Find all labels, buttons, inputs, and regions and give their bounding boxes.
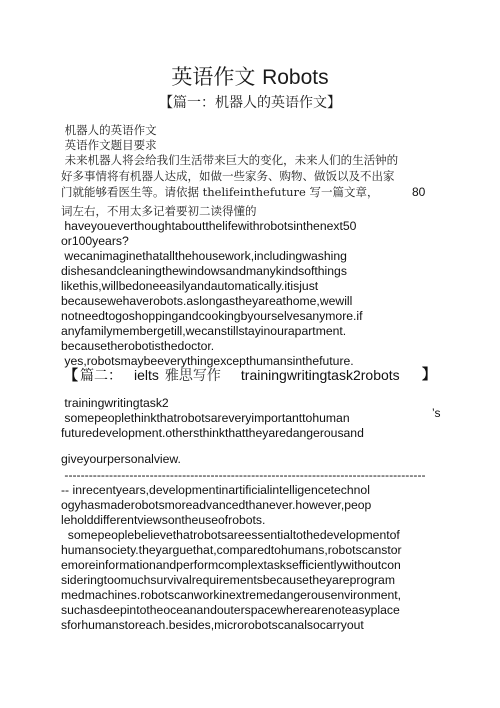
paragraph-line: emoreinformationandperformcomplextasksef… bbox=[61, 558, 401, 573]
section2-label: 篇二： bbox=[80, 368, 122, 384]
paragraph-line: becausewehaverobots.aslongastheyareathom… bbox=[61, 294, 352, 309]
word-count: 80 bbox=[412, 185, 425, 200]
section1-heading: 【篇一：机器人的英语作文】 bbox=[0, 94, 500, 112]
section2-heading: 【篇二：ielts雅思写作trainingwritingtask2robots … bbox=[64, 366, 436, 385]
divider-line: ----------------------------------------… bbox=[61, 468, 426, 483]
paragraph-line: wecanimaginethatallthehousework,includin… bbox=[61, 249, 347, 264]
paragraph-line: giveyourpersonalview. bbox=[61, 452, 181, 467]
paragraph-line: haveyoueverthoughtaboutthelifewithrobots… bbox=[61, 219, 356, 234]
section2-en-title: trainingwritingtask2robots bbox=[241, 367, 400, 383]
paragraph-line: humansociety.theyarguethat,comparedtohum… bbox=[61, 543, 402, 558]
paragraph-line: somepeoplebelievethatrobotsareessentialt… bbox=[61, 528, 400, 543]
paragraph-line: or100years? bbox=[61, 234, 129, 249]
bracket-open: 【 bbox=[64, 368, 78, 384]
paragraph-line: trainingwritingtask2 bbox=[61, 396, 169, 411]
paragraph-line: -- inrecentyears,developmentinartificial… bbox=[61, 483, 370, 498]
paragraph-line: medmachines.robotscanworkinextremedanger… bbox=[61, 588, 401, 603]
paragraph-line: 机器人的英语作文 bbox=[61, 123, 157, 138]
title-chinese: 英语作文 bbox=[171, 65, 255, 89]
document-page: 英语作文 Robots 【篇一：机器人的英语作文】 机器人的英语作文 英语作文题… bbox=[0, 0, 500, 708]
paragraph-line: suchasdeepintotheoceanandouterspacewhere… bbox=[61, 603, 400, 618]
paragraph-line: somepeoplethinkthatrobotsareveryimportan… bbox=[61, 411, 350, 426]
paragraph-line: notneedtogoshoppingandcookingbyourselves… bbox=[61, 309, 363, 324]
bracket-close: 】 bbox=[422, 366, 436, 384]
paragraph-line: 好多事情将有机器人达成，如做一些家务、购物、做饭以及不出家 bbox=[61, 169, 395, 184]
title-english: Robots bbox=[262, 66, 329, 89]
paragraph-line: anyfamilymembergetill,wecanstillstayinou… bbox=[61, 324, 346, 339]
section2-cn-title: 雅思写作 bbox=[165, 368, 221, 384]
paragraph-line: ogyhasmaderobotsmoreadvancedthanever.how… bbox=[61, 498, 371, 513]
paragraph-line: futuredevelopment.othersthinkthattheyare… bbox=[61, 426, 364, 441]
paragraph-line: 词左右，不用太多记着要初二读得懂的 bbox=[61, 204, 257, 219]
paragraph-line: 英语作文题目要求 bbox=[61, 138, 157, 153]
paragraph-line: becausetherobotisthedoctor. bbox=[61, 339, 214, 354]
section2-ielts: ielts bbox=[134, 367, 159, 383]
paragraph-line: sforhumanstoreach.besides,microrobotscan… bbox=[61, 618, 364, 633]
paragraph-line: leholddifferentviewsontheuseofrobots. bbox=[61, 513, 265, 528]
paragraph-line: likethis,willbedoneeasilyandautomaticall… bbox=[61, 279, 318, 294]
document-title: 英语作文 Robots bbox=[0, 64, 500, 91]
paragraph-line: sideringtoomuchsurvivalrequirementsbecau… bbox=[61, 573, 395, 588]
possessive-suffix: ’s bbox=[432, 406, 440, 421]
paragraph-line: dishesandcleaningthewindowsandmanykindso… bbox=[61, 264, 347, 279]
paragraph-line: 未来机器人将会给我们生活带来巨大的变化，未来人们的生活钟的 bbox=[61, 153, 398, 168]
paragraph-line: 门就能够看医生等。请依据 thelifeinthefuture 写一篇文章， bbox=[61, 185, 378, 200]
